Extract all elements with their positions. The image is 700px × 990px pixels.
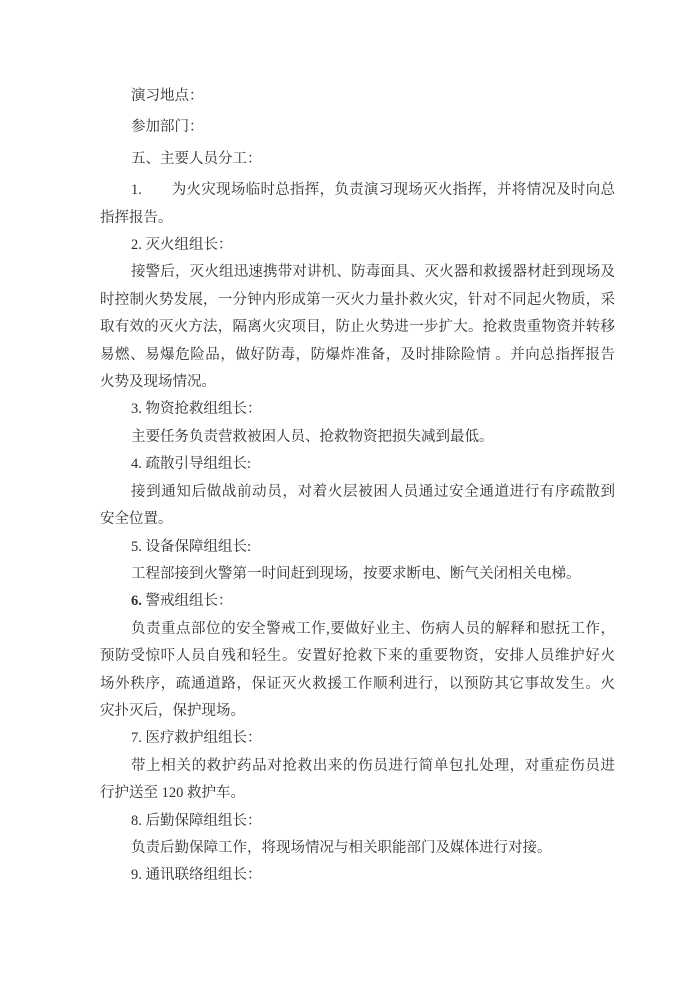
document-line: 8. 后勤保障组组长： [100,808,615,835]
document-line: 负责后勤保障工作，将现场情况与相关职能部门及媒体进行对接。 [100,835,615,862]
document-line: 演习地点： [100,83,615,110]
document-line: 场外秩序，疏通道路，保证灭火救援工作顺利进行，以预防其它事故发生。火 [100,671,615,698]
document-line: 负责重点部位的安全警戒工作,要做好业主、伤病人员的解释和慰抚工作， [100,616,615,643]
document-page: 演习地点：参加部门：五、主要人员分工：1. 为火灾现场临时总指挥，负责演习现场灭… [0,0,700,990]
document-line: 参加部门： [100,114,615,141]
document-line: 带上相关的救护药品对抢救出来的伤员进行简单包扎处理，对重症伤员进 [100,753,615,780]
document-line: 行护送至 120 救护车。 [100,780,615,807]
document-line: 取有效的灭火方法，隔离火灾项目，防止火势进一步扩大。抢救贵重物资并转移 [100,314,615,341]
document-line: 主要任务负责营救被困人员、抢救物资把损失减到最低。 [100,424,615,451]
document-line: 2. 灭火组组长： [100,232,615,259]
document-line: 接警后，灭火组迅速携带对讲机、防毒面具、灭火器和救援器材赶到现场及 [100,259,615,286]
document-line: 6. 警戒组组长： [100,588,615,615]
document-line: 接到通知后做战前动员，对着火层被困人员通过安全通道进行有序疏散到 [100,479,615,506]
document-line: 灾扑灭后，保护现场。 [100,698,615,725]
document-line: 5. 设备保障组组长: [100,534,615,561]
document-line: 7. 医疗救护组组长： [100,725,615,752]
document-line: 预防受惊吓人员自残和轻生。安置好抢救下来的重要物资，安排人员维护好火 [100,643,615,670]
document-line: 指挥报告。 [100,205,615,232]
line-number-bold: 6. [131,593,142,609]
document-line: 时控制火势发展，一分钟内形成第一灭火力量扑救火灾，针对不同起火物质，采 [100,287,615,314]
document-line: 火势及现场情况。 [100,369,615,396]
document-line: 工程部接到火警第一时间赶到现场，按要求断电、断气关闭相关电梯。 [100,561,615,588]
document-line: 五、主要人员分工： [100,146,615,173]
document-line: 1. 为火灾现场临时总指挥，负责演习现场灭火指挥，并将情况及时向总 [100,177,615,204]
document-line: 9. 通讯联络组组长： [100,862,615,889]
line-text: 警戒组组长： [142,593,233,609]
document-body: 演习地点：参加部门：五、主要人员分工：1. 为火灾现场临时总指挥，负责演习现场灭… [100,83,615,890]
document-line: 易燃、易爆危险品，做好防毒，防爆炸准备，及时排除险情 。并向总指挥报告 [100,342,615,369]
document-line: 4. 疏散引导组组长: [100,451,615,478]
document-line: 3. 物资抢救组组长： [100,396,615,423]
document-line: 安全位置。 [100,506,615,533]
